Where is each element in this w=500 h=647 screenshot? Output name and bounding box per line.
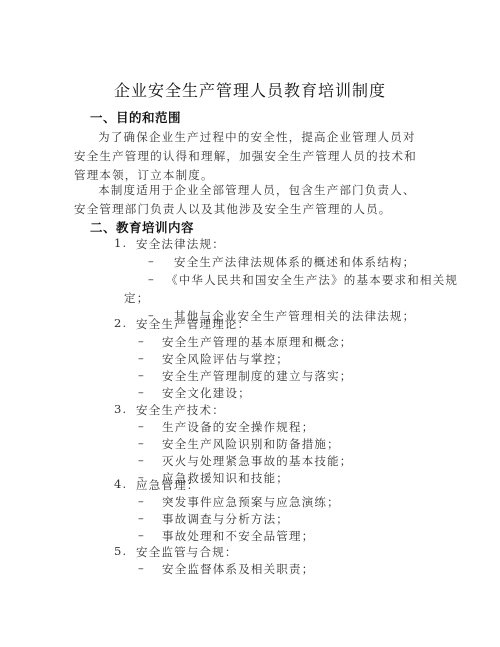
dash-bullet: – — [138, 511, 145, 525]
dash-bullet: – — [148, 272, 155, 286]
list-number: 1. — [114, 236, 134, 250]
section-heading-1: 一、目的和范围 — [90, 108, 181, 126]
list-label: 应急管理： — [136, 477, 200, 493]
sub-item-text: 事故调查与分析方法； — [162, 511, 289, 527]
dash-bullet: – — [138, 453, 145, 467]
list-label: 安全生产技术： — [136, 402, 225, 418]
sub-item-text: 安全监督体系及相关职责； — [162, 561, 314, 577]
list-label: 安全监管与合规： — [136, 544, 238, 560]
dash-bullet: – — [138, 528, 145, 542]
list-number: 5. — [114, 544, 134, 558]
paragraph-purpose: 为了确保企业生产过程中的安全性，提高企业管理人员对安全生产管理的认得和理解，加强… — [74, 128, 426, 185]
dash-bullet: – — [138, 561, 145, 575]
document-title: 企业安全生产管理人员教育培训制度 — [0, 78, 500, 101]
sub-item-text: 安全生产管理的基本原理和概念； — [162, 334, 353, 350]
sub-item-continuation: 定； — [124, 290, 149, 306]
sub-item-text: 安全生产风险识别和防备措施； — [162, 436, 340, 452]
dash-bullet: – — [138, 385, 145, 399]
dash-bullet: – — [138, 351, 145, 365]
sub-item-text: 灭火与处理紧急事故的基本技能； — [162, 453, 353, 469]
dash-bullet: – — [138, 368, 145, 382]
dash-bullet: – — [148, 254, 155, 268]
sub-item-text: 安全风险评估与掌控； — [162, 351, 289, 367]
list-label: 安全法律法规： — [136, 236, 225, 252]
list-number: 2. — [114, 316, 134, 330]
paragraph-scope: 本制度适用于企业全部管理人员，包含生产部门负责人、安全管理部门负责人以及其他涉及… — [74, 181, 426, 219]
section-heading-2: 二、教育培训内容 — [90, 218, 194, 236]
sub-item-text: 突发事件应急预案与应急演练； — [162, 494, 340, 510]
dash-bullet: – — [138, 494, 145, 508]
list-label: 安全生产管理理论： — [136, 316, 250, 332]
dash-bullet: – — [138, 419, 145, 433]
document-page: 企业安全生产管理人员教育培训制度 一、目的和范围 为了确保企业生产过程中的安全性… — [0, 0, 500, 647]
sub-item-text: 安全生产管理制度的建立与落实； — [162, 368, 353, 384]
sub-item-text: 安全生产法律法规体系的概述和体系结构； — [174, 254, 415, 270]
dash-bullet: – — [138, 334, 145, 348]
sub-item-text: 事故处理和不安全品管理； — [162, 528, 314, 544]
list-number: 4. — [114, 477, 134, 491]
list-number: 3. — [114, 402, 134, 416]
sub-item-text: 安全文化建设； — [162, 385, 251, 401]
sub-item-text: 《中华人民共和国安全生产法》的基本要求和相关规 — [166, 272, 458, 288]
dash-bullet: – — [138, 436, 145, 450]
sub-item-text: 生产设备的安全操作规程； — [162, 419, 314, 435]
